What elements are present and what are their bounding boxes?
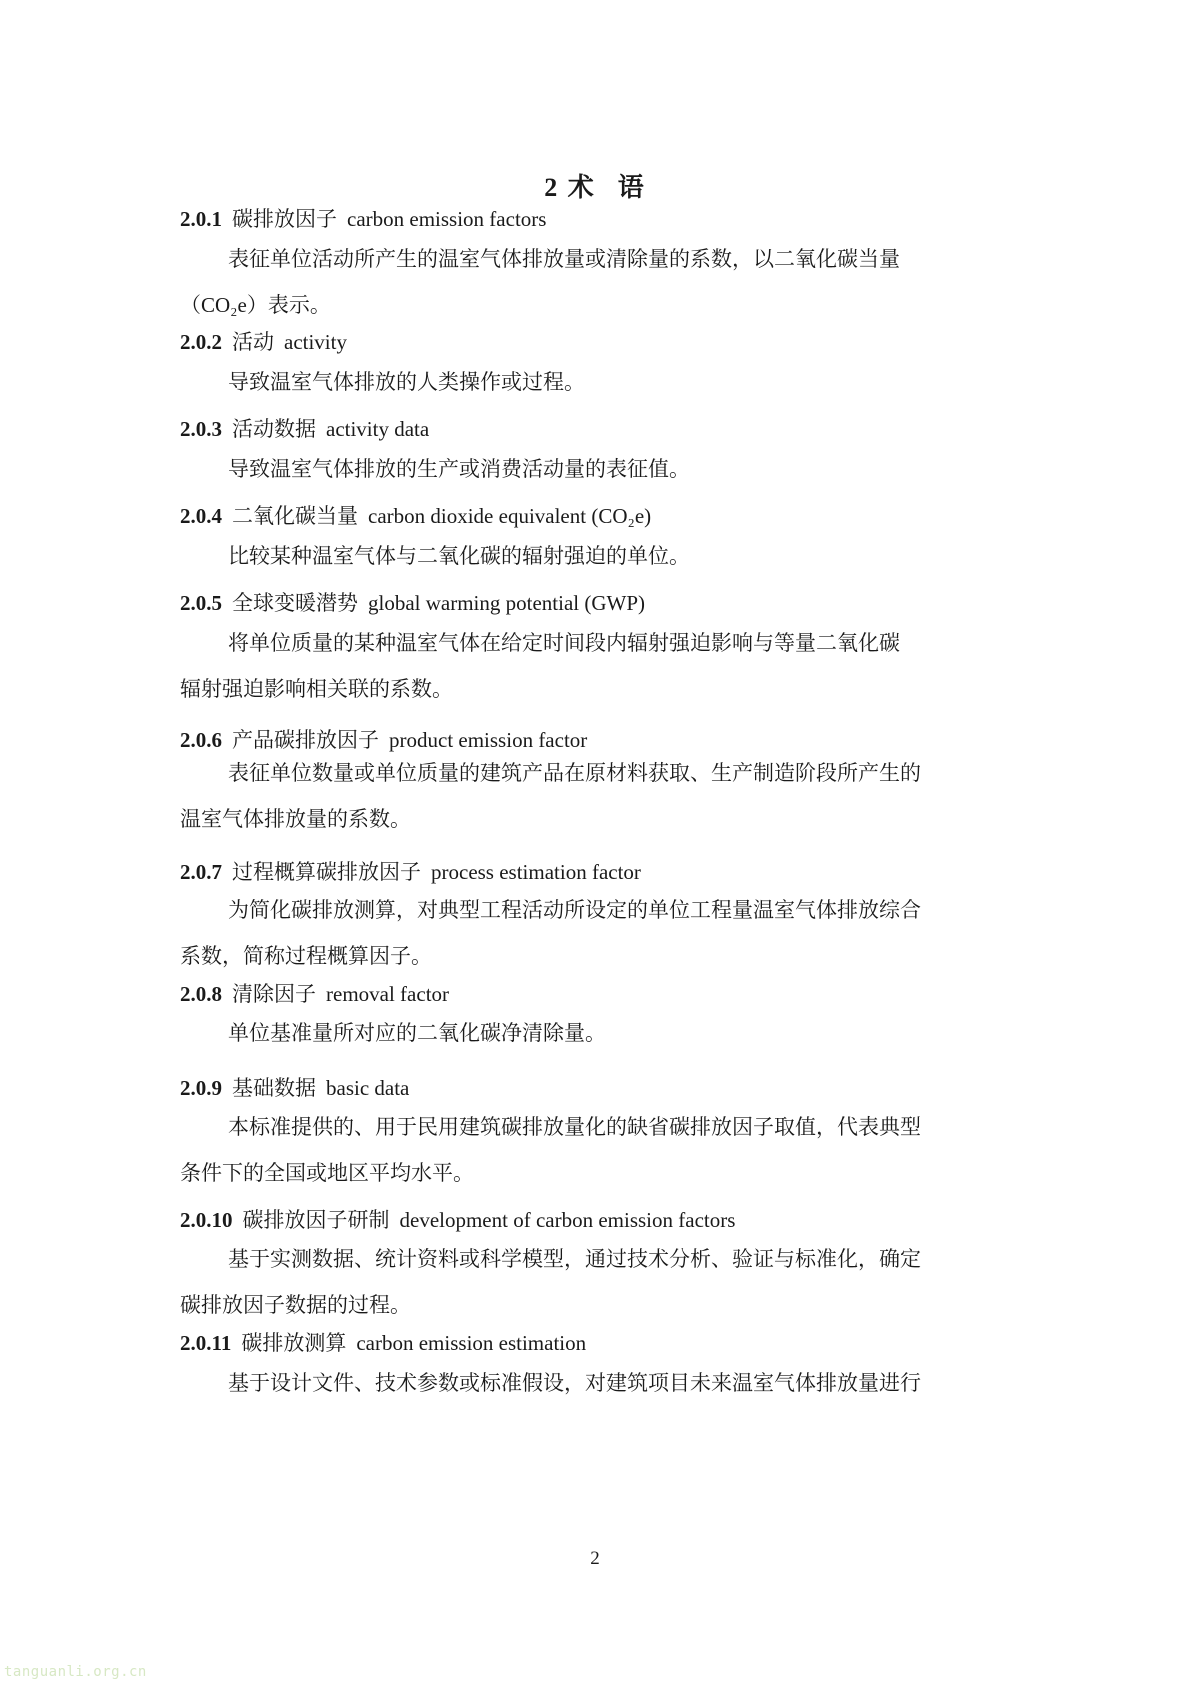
term-zh: 碳排放因子研制 <box>243 1208 390 1232</box>
definition-line: 将单位质量的某种温室气体在给定时间段内辐射强迫影响与等量二氧化碳 <box>180 620 1010 666</box>
term-definition: 基于设计文件、技术参数或标准假设，对建筑项目未来温室气体排放量进行 <box>180 1360 1010 1406</box>
term-number: 2.0.6 <box>180 728 222 752</box>
term-definition: 为简化碳排放测算，对典型工程活动所设定的单位工程量温室气体排放综合 系数，简称过… <box>180 887 1010 979</box>
term-heading: 2.0.10碳排放因子研制development of carbon emiss… <box>180 1204 735 1234</box>
term-en: global warming potential (GWP) <box>368 591 645 615</box>
term-zh: 活动 <box>232 330 274 354</box>
term-zh: 过程概算碳排放因子 <box>232 860 421 884</box>
definition-line: 基于实测数据、统计资料或科学模型，通过技术分析、验证与标准化，确定 <box>180 1236 1010 1282</box>
term-zh: 产品碳排放因子 <box>232 728 379 752</box>
term-definition: 基于实测数据、统计资料或科学模型，通过技术分析、验证与标准化，确定 碳排放因子数… <box>180 1236 1010 1328</box>
definition-line: 导致温室气体排放的人类操作或过程。 <box>180 359 1010 405</box>
term-heading: 2.0.1碳排放因子carbon emission factors <box>180 203 546 233</box>
term-zh: 全球变暖潜势 <box>232 591 358 615</box>
definition-line: 基于设计文件、技术参数或标准假设，对建筑项目未来温室气体排放量进行 <box>180 1360 1010 1406</box>
term-heading: 2.0.4二氧化碳当量carbon dioxide equivalent (CO… <box>180 500 651 530</box>
term-heading: 2.0.8清除因子removal factor <box>180 978 449 1008</box>
term-heading: 2.0.3活动数据activity data <box>180 413 429 443</box>
term-en: carbon dioxide equivalent (CO₂e) <box>368 504 651 528</box>
term-en: process estimation factor <box>431 860 641 884</box>
term-number: 2.0.9 <box>180 1076 222 1100</box>
term-number: 2.0.2 <box>180 330 222 354</box>
definition-line: （CO₂e）表示。 <box>180 282 1010 328</box>
chapter-title-char-1: 术 <box>568 173 596 202</box>
term-en: removal factor <box>326 982 449 1006</box>
definition-line: 比较某种温室气体与二氧化碳的辐射强迫的单位。 <box>180 533 1010 579</box>
term-number: 2.0.3 <box>180 417 222 441</box>
term-heading: 2.0.7过程概算碳排放因子process estimation factor <box>180 856 641 886</box>
term-heading: 2.0.5全球变暖潜势global warming potential (GWP… <box>180 587 645 617</box>
term-number: 2.0.11 <box>180 1331 231 1355</box>
term-zh: 二氧化碳当量 <box>232 504 358 528</box>
definition-line: 导致温室气体排放的生产或消费活动量的表征值。 <box>180 446 1010 492</box>
term-definition: 导致温室气体排放的人类操作或过程。 <box>180 359 1010 405</box>
term-heading: 2.0.11碳排放测算carbon emission estimation <box>180 1327 586 1357</box>
term-heading: 2.0.9基础数据basic data <box>180 1072 409 1102</box>
term-en: activity data <box>326 417 429 441</box>
term-en: carbon emission estimation <box>356 1331 586 1355</box>
definition-line: 表征单位活动所产生的温室气体排放量或清除量的系数，以二氧化碳当量 <box>180 236 1010 282</box>
term-definition: 单位基准量所对应的二氧化碳净清除量。 <box>180 1010 1010 1056</box>
term-heading: 2.0.2活动activity <box>180 326 347 356</box>
term-en: activity <box>284 330 347 354</box>
term-en: carbon emission factors <box>347 207 546 231</box>
page-number: 2 <box>0 1548 1190 1570</box>
chapter-title-char-2: 语 <box>618 173 646 202</box>
definition-line: 辐射强迫影响相关联的系数。 <box>180 666 1010 712</box>
definition-line: 为简化碳排放测算，对典型工程活动所设定的单位工程量温室气体排放综合 <box>180 887 1010 933</box>
term-zh: 活动数据 <box>232 417 316 441</box>
definition-line: 表征单位数量或单位质量的建筑产品在原材料获取、生产制造阶段所产生的 <box>180 750 1010 796</box>
term-definition: 导致温室气体排放的生产或消费活动量的表征值。 <box>180 446 1010 492</box>
term-number: 2.0.5 <box>180 591 222 615</box>
term-en: development of carbon emission factors <box>400 1208 736 1232</box>
term-zh: 基础数据 <box>232 1076 316 1100</box>
chapter-number: 2 <box>544 173 559 202</box>
definition-line: 条件下的全国或地区平均水平。 <box>180 1150 1010 1196</box>
term-number: 2.0.7 <box>180 860 222 884</box>
definition-line: 单位基准量所对应的二氧化碳净清除量。 <box>180 1010 1010 1056</box>
term-number: 2.0.4 <box>180 504 222 528</box>
term-definition: 比较某种温室气体与二氧化碳的辐射强迫的单位。 <box>180 533 1010 579</box>
definition-line: 系数，简称过程概算因子。 <box>180 933 1010 979</box>
term-number: 2.0.1 <box>180 207 222 231</box>
term-definition: 表征单位活动所产生的温室气体排放量或清除量的系数，以二氧化碳当量 （CO₂e）表… <box>180 236 1010 328</box>
term-zh: 碳排放测算 <box>241 1331 346 1355</box>
term-zh: 清除因子 <box>232 982 316 1006</box>
term-en: product emission factor <box>389 728 587 752</box>
term-definition: 将单位质量的某种温室气体在给定时间段内辐射强迫影响与等量二氧化碳 辐射强迫影响相… <box>180 620 1010 712</box>
term-zh: 碳排放因子 <box>232 207 337 231</box>
term-definition: 本标准提供的、用于民用建筑碳排放量化的缺省碳排放因子取值，代表典型 条件下的全国… <box>180 1104 1010 1196</box>
definition-line: 温室气体排放量的系数。 <box>180 796 1010 842</box>
term-number: 2.0.8 <box>180 982 222 1006</box>
chapter-title: 2 术语 <box>0 167 1190 204</box>
term-en: basic data <box>326 1076 409 1100</box>
definition-line: 本标准提供的、用于民用建筑碳排放量化的缺省碳排放因子取值，代表典型 <box>180 1104 1010 1150</box>
watermark: tanguanli.org.cn <box>4 1664 147 1680</box>
definition-line: 碳排放因子数据的过程。 <box>180 1282 1010 1328</box>
term-number: 2.0.10 <box>180 1208 233 1232</box>
term-definition: 表征单位数量或单位质量的建筑产品在原材料获取、生产制造阶段所产生的 温室气体排放… <box>180 750 1010 842</box>
